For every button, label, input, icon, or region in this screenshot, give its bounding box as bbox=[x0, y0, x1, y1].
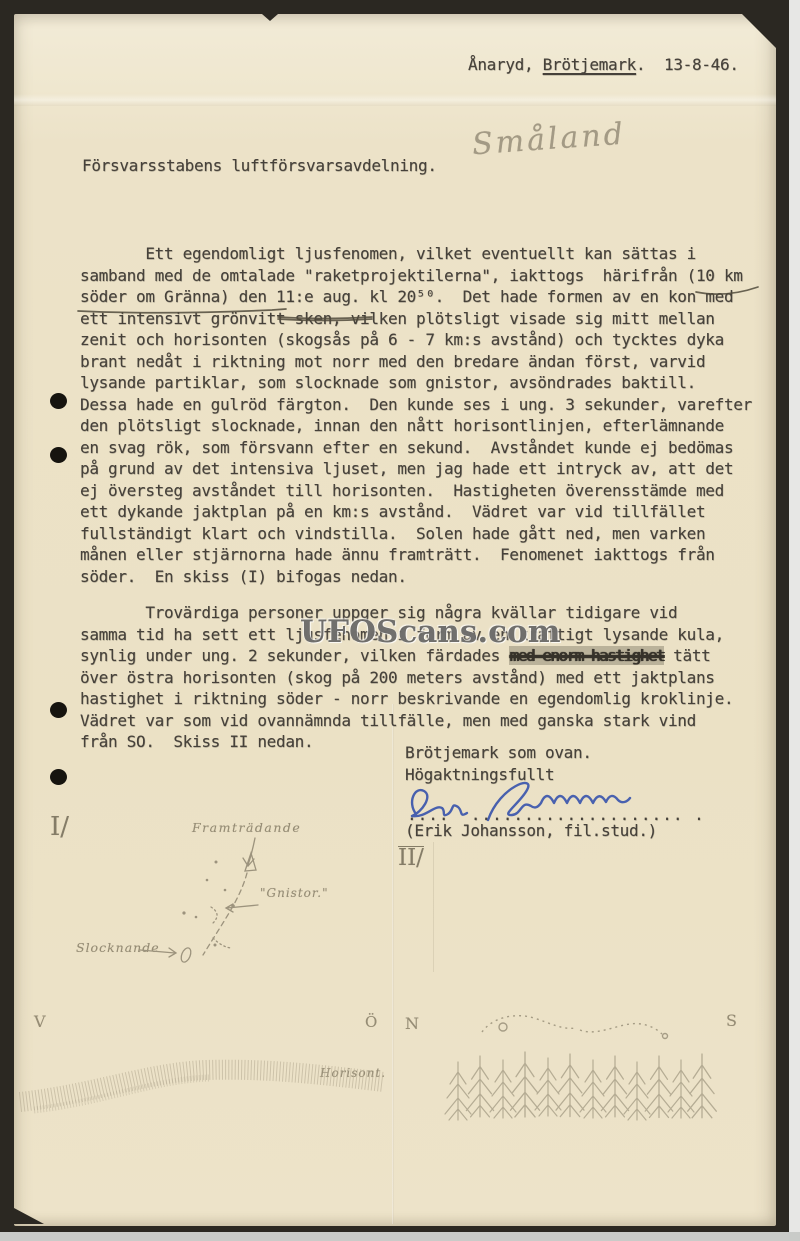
sketch1-sparks-arrow bbox=[226, 904, 258, 912]
sketch1-spark-dots bbox=[182, 861, 234, 947]
ball-trajectory-sketch bbox=[482, 1016, 668, 1039]
scanner-bed-bottom-strip bbox=[0, 1232, 800, 1241]
sketch1-spark-trail bbox=[213, 938, 231, 948]
sketch1-spark-trail bbox=[211, 907, 217, 923]
tree-line-sketch bbox=[445, 1052, 716, 1120]
paper-sheet: Ånaryd, Brötjemark. 13-8-46. Småland För… bbox=[14, 14, 776, 1226]
horizon-ridge-sketch bbox=[20, 1070, 384, 1110]
scanned-letter-page: { "header": { "place_prefix": "Ånaryd, "… bbox=[0, 0, 800, 1241]
sketch1-end-cone bbox=[179, 946, 192, 963]
sketch1-cone-top bbox=[245, 853, 256, 871]
underline-stroke-date bbox=[278, 317, 372, 319]
sketch1-trajectory bbox=[203, 873, 247, 955]
underline-stroke-10km bbox=[696, 287, 758, 294]
scanner-bed-right-strip bbox=[789, 0, 800, 1241]
annotations-and-sketches bbox=[14, 14, 776, 1226]
sketch1-extinguish-arrow bbox=[140, 948, 176, 957]
underline-stroke-granna bbox=[78, 309, 286, 313]
